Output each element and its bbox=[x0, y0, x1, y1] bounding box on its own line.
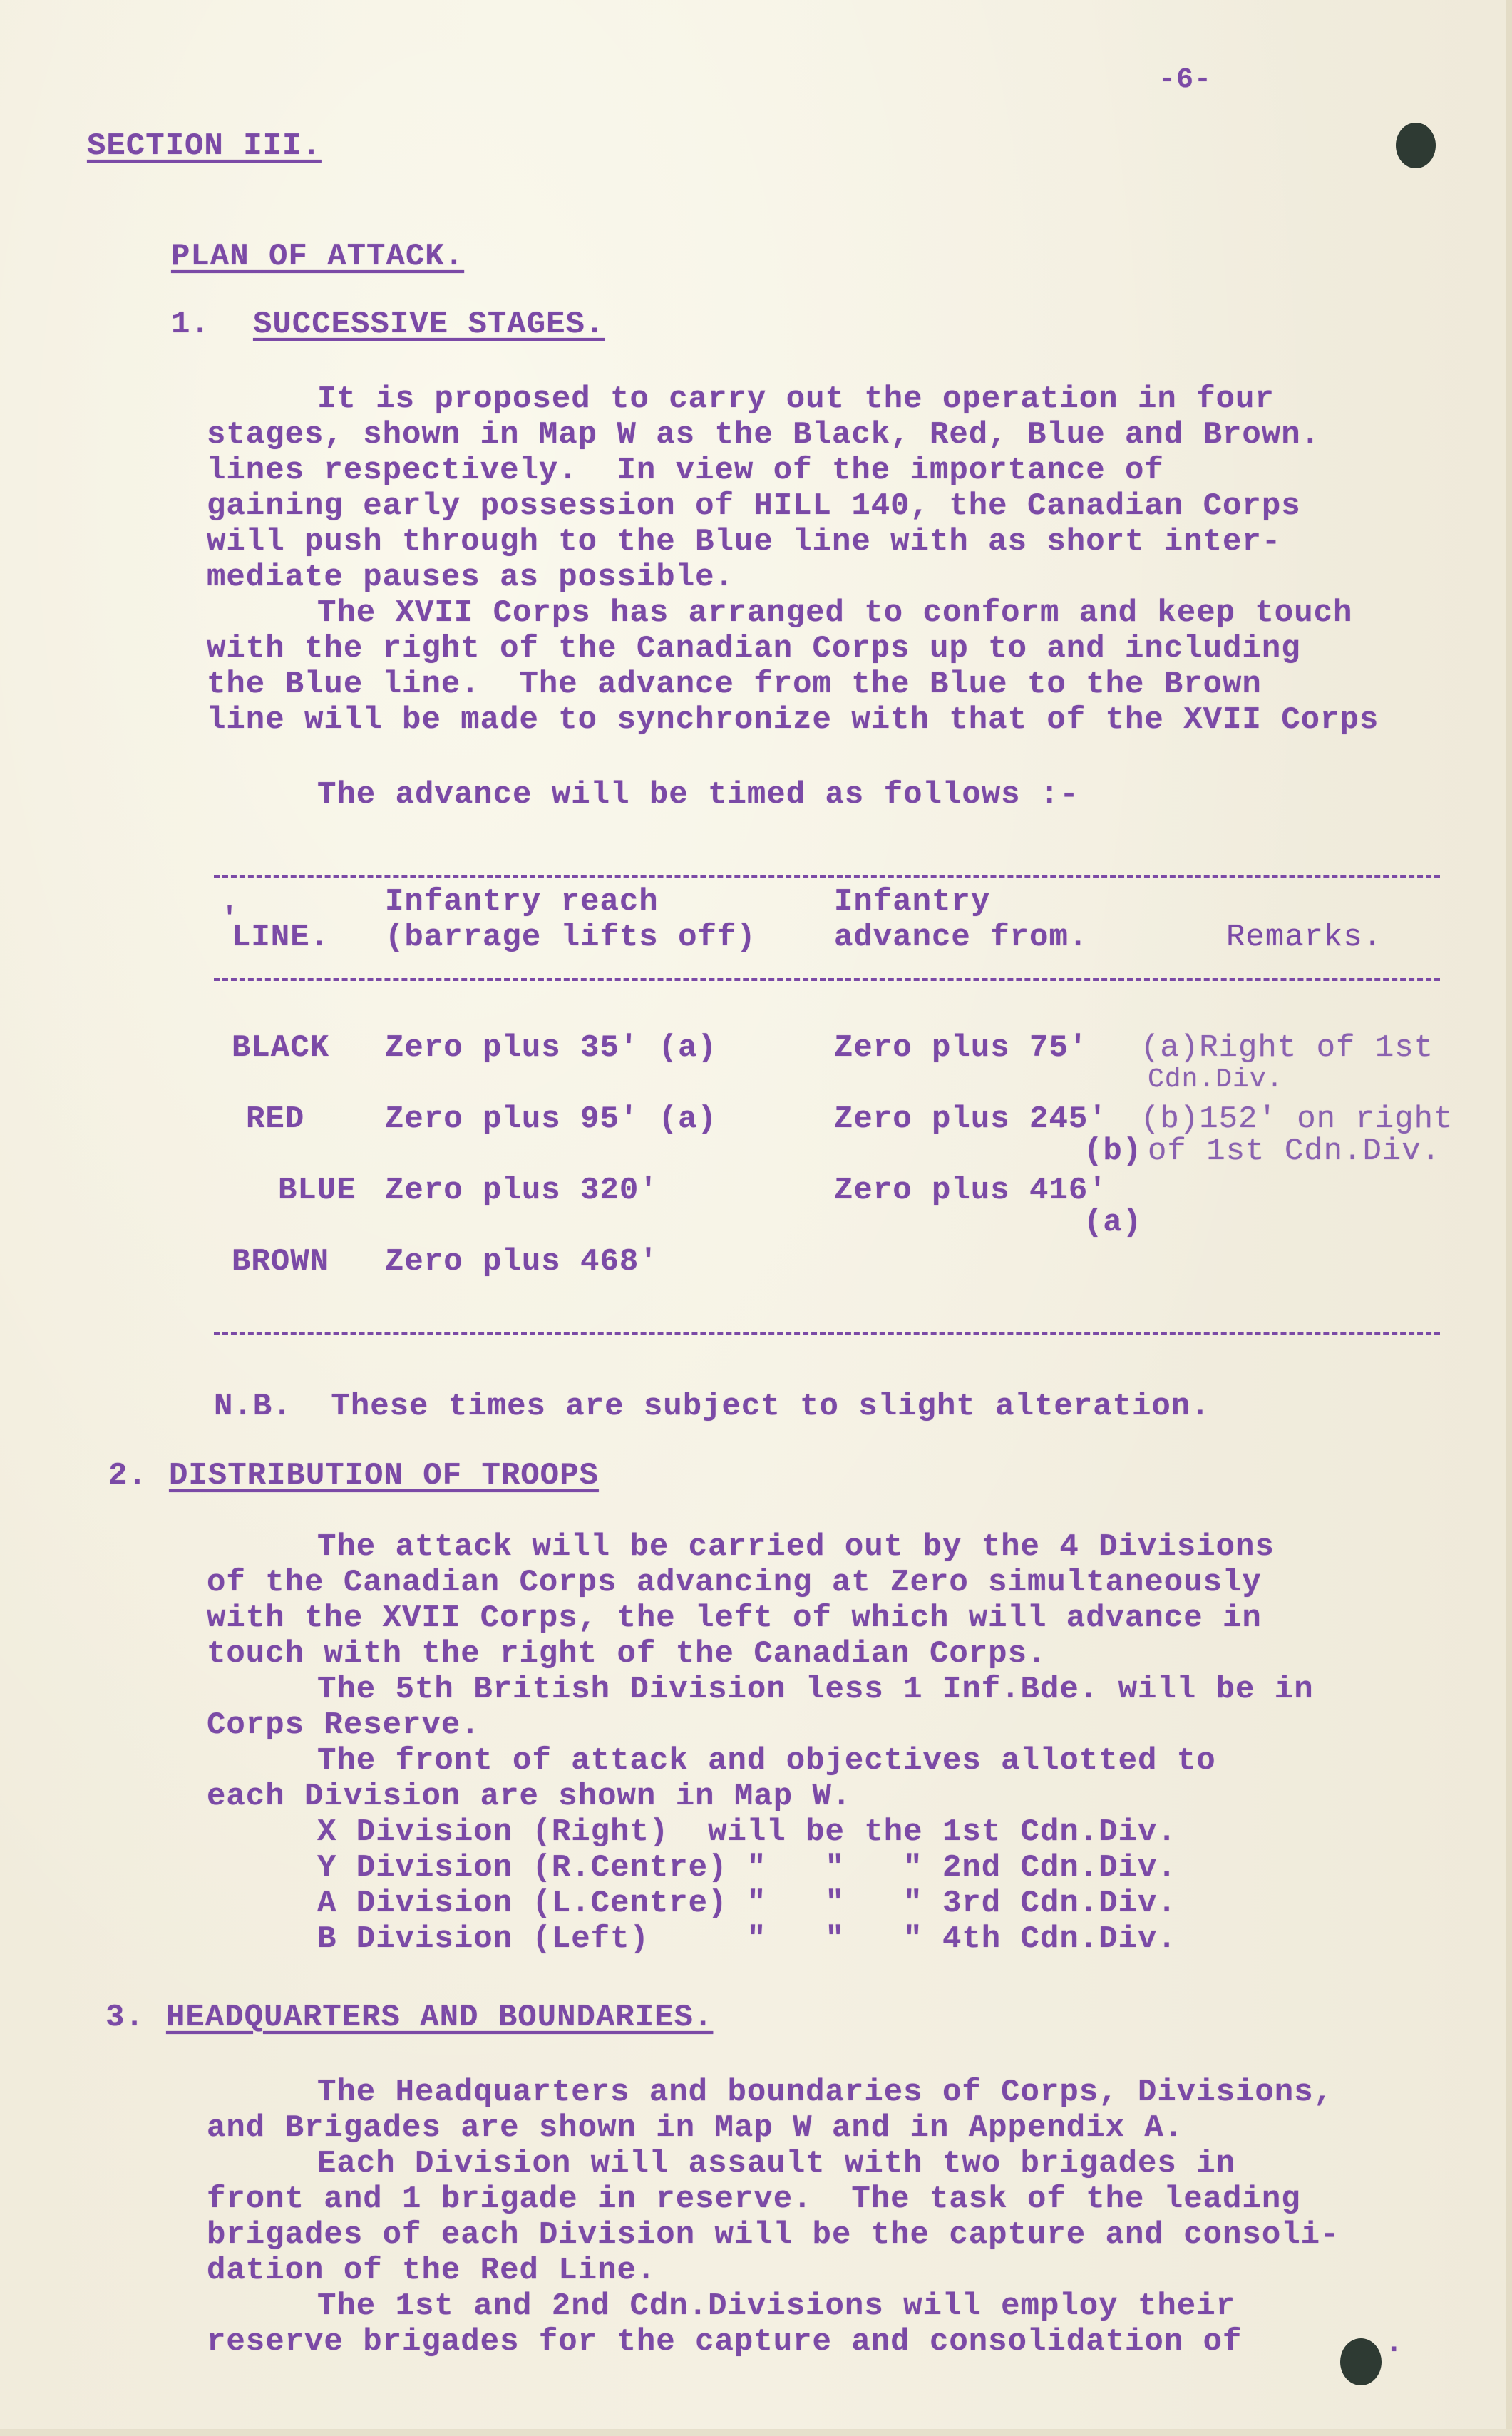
table-top-rule bbox=[214, 875, 1440, 878]
page-number: -6- bbox=[1158, 63, 1212, 98]
list-item: X Division (Right) will be the 1st Cdn.D… bbox=[317, 1814, 1177, 1850]
header-advance-1: Infantry bbox=[834, 884, 990, 920]
section2-number: 2. bbox=[108, 1458, 148, 1494]
table-header-rule bbox=[214, 978, 1440, 981]
list-item: Y Division (R.Centre) " " " 2nd Cdn.Div. bbox=[317, 1850, 1177, 1886]
section1-number: 1. bbox=[171, 307, 210, 342]
plan-of-attack-title: PLAN OF ATTACK. bbox=[171, 239, 464, 274]
trailing-period: . bbox=[1384, 2325, 1404, 2361]
paper-edge bbox=[0, 2429, 1512, 2436]
column-divider: ' bbox=[221, 902, 239, 937]
header-remarks: Remarks. bbox=[1226, 920, 1382, 955]
table-intro: The advance will be timed as follows :- bbox=[317, 777, 1079, 813]
punch-hole bbox=[1340, 2338, 1382, 2385]
punch-hole bbox=[1396, 123, 1436, 168]
list-item: B Division (Left) " " " 4th Cdn.Div. bbox=[317, 1921, 1177, 1957]
section2-heading: DISTRIBUTION OF TROOPS bbox=[169, 1458, 599, 1494]
section-title: SECTION III. bbox=[87, 128, 322, 164]
list-item: A Division (L.Centre) " " " 3rd Cdn.Div. bbox=[317, 1886, 1177, 1921]
section3-heading: HEADQUARTERS AND BOUNDARIES. bbox=[166, 2000, 713, 2035]
header-reach-1: Infantry reach bbox=[385, 884, 659, 920]
section1-heading: SUCCESSIVE STAGES. bbox=[253, 307, 605, 342]
paper-edge bbox=[1506, 0, 1512, 2436]
header-advance-2: advance from. bbox=[834, 920, 1088, 955]
header-reach-2: (barrage lifts off) bbox=[385, 920, 756, 955]
header-line: LINE. bbox=[232, 920, 329, 955]
table-bottom-rule bbox=[214, 1332, 1440, 1335]
paper-background bbox=[0, 0, 1512, 2436]
timing-note: N.B. These times are subject to slight a… bbox=[214, 1389, 1210, 1424]
section3-number: 3. bbox=[106, 2000, 145, 2035]
